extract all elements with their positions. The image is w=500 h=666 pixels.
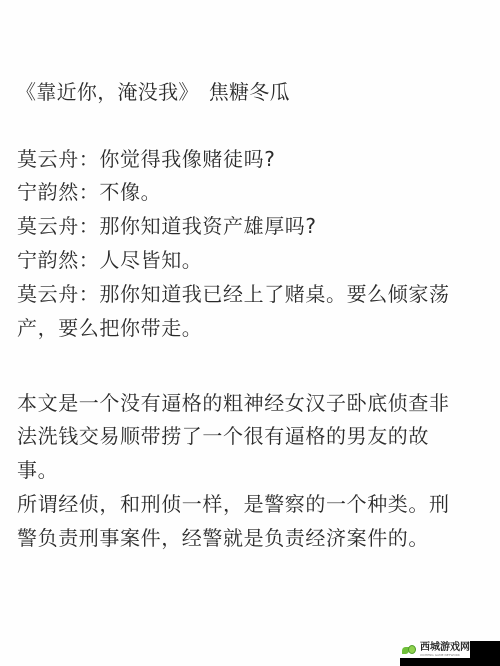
book-author: 焦糖冬瓜 <box>209 80 290 104</box>
dialogue-speaker: 宁韵然： <box>17 248 99 272</box>
dialogue-speaker: 莫云舟： <box>17 147 99 171</box>
synopsis-line: 事。 <box>17 456 58 484</box>
site-watermark: 西城游戏网 XICHENG GAME NETWORK <box>400 641 470 658</box>
synopsis-line: 警负责刑事案件，经警就是负责经济案件的。 <box>17 524 429 552</box>
watermark-text: 西城游戏网 XICHENG GAME NETWORK <box>420 643 470 657</box>
dialogue-text: 人尽皆知。 <box>99 248 202 272</box>
watermark-name: 西城游戏网 <box>420 643 470 653</box>
bottom-black-strip <box>400 658 500 666</box>
dialogue-line: 莫云舟：你觉得我像赌徒吗? <box>17 145 275 173</box>
dialogue-text: 产，要么把你带走。 <box>17 316 202 340</box>
leaf-logo-icon <box>402 644 417 656</box>
dialogue-text: 不像。 <box>99 180 161 204</box>
dialogue-line: 产，要么把你带走。 <box>17 314 202 342</box>
synopsis-line: 本文是一个没有逼格的粗神经女汉子卧底侦查非 <box>17 389 450 417</box>
dialogue-text: 你觉得我像赌徒吗? <box>99 147 275 171</box>
book-title: 《靠近你，淹没我》 <box>16 80 199 104</box>
dialogue-speaker: 宁韵然： <box>17 180 99 204</box>
dialogue-speaker: 莫云舟： <box>17 214 99 238</box>
synopsis-line: 法洗钱交易顺带捞了一个很有逼格的男友的故 <box>17 422 429 450</box>
document-title: 《靠近你，淹没我》焦糖冬瓜 <box>22 78 290 106</box>
dialogue-line: 莫云舟：那你知道我资产雄厚吗? <box>17 212 317 240</box>
dialogue-line: 宁韵然：人尽皆知。 <box>17 246 202 274</box>
dialogue-speaker: 莫云舟： <box>17 282 99 306</box>
watermark-subtitle: XICHENG GAME NETWORK <box>420 654 470 657</box>
synopsis-line: 所谓经侦，和刑侦一样，是警察的一个种类。刑 <box>17 490 450 518</box>
dialogue-text: 那你知道我资产雄厚吗? <box>99 214 316 238</box>
dialogue-line: 宁韵然：不像。 <box>17 178 161 206</box>
dialogue-text: 那你知道我已经上了赌桌。要么倾家荡 <box>99 282 449 306</box>
document-page: 《靠近你，淹没我》焦糖冬瓜 莫云舟：你觉得我像赌徒吗? 宁韵然：不像。 莫云舟：… <box>0 0 500 666</box>
dialogue-line: 莫云舟：那你知道我已经上了赌桌。要么倾家荡 <box>17 280 450 308</box>
